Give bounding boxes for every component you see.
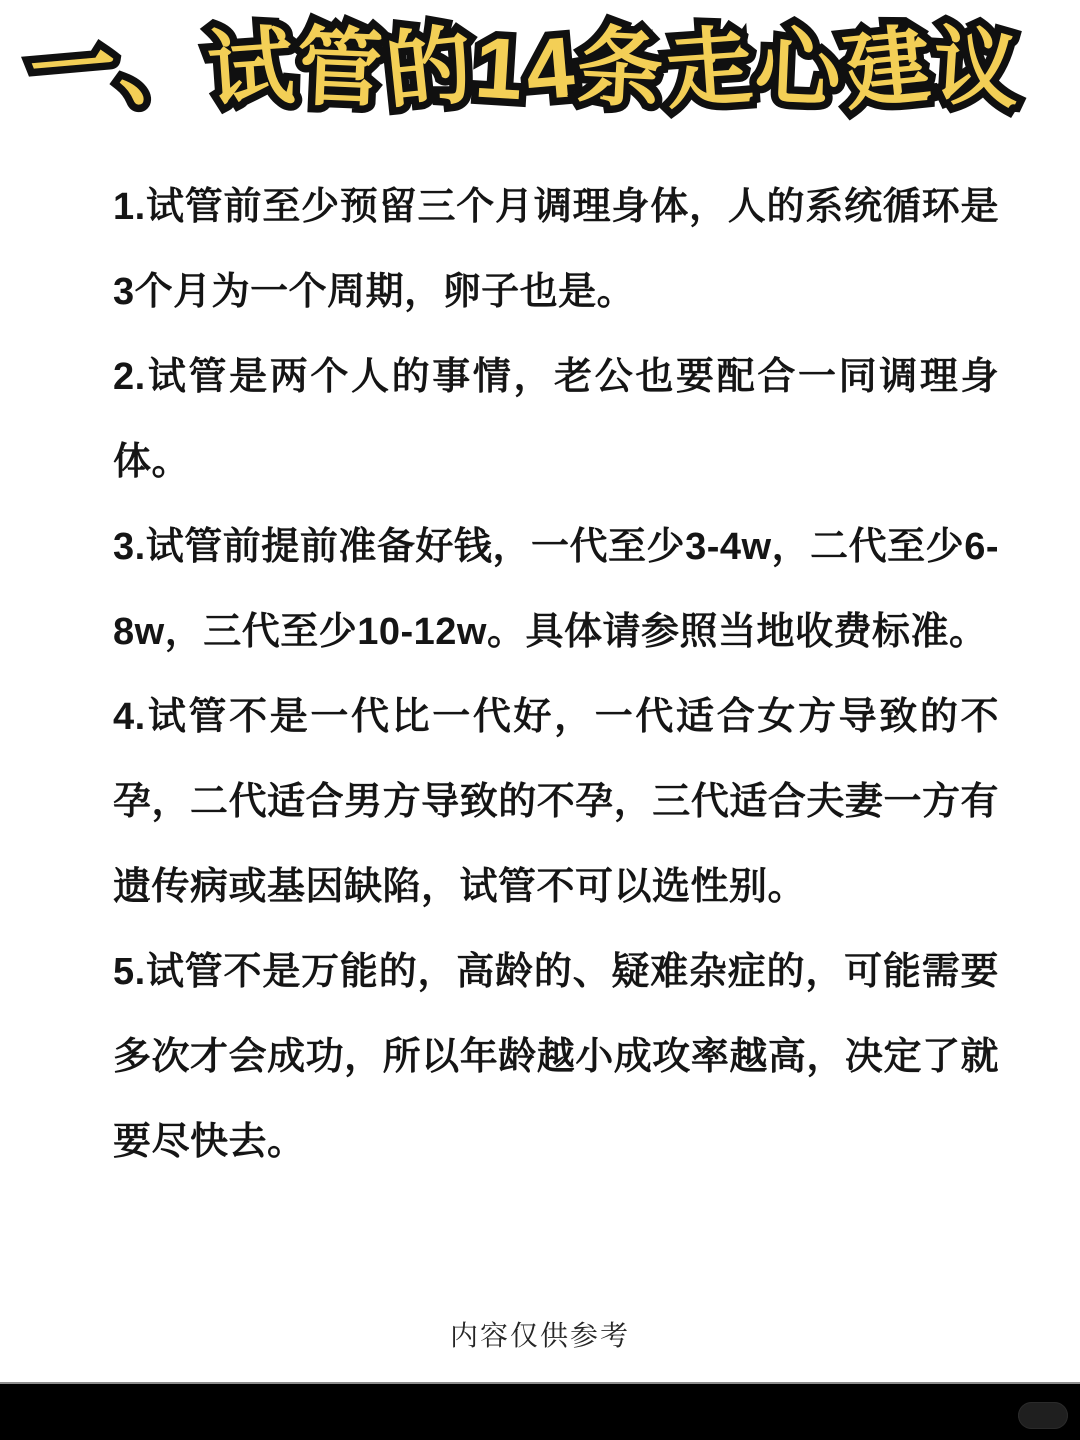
advice-item-5: 5.试管不是万能的，高龄的、疑难杂症的，可能需要多次才会成功，所以年龄越小成攻率…: [113, 930, 999, 1185]
advice-item-1: 1.试管前至少预留三个月调理身体，人的系统循环是3个月为一个周期，卵子也是。: [113, 165, 999, 335]
watermark-badge: [1018, 1402, 1068, 1429]
advice-item-4: 4.试管不是一代比一代好，一代适合女方导致的不孕，二代适合男方导致的不孕，三代适…: [113, 675, 999, 930]
advice-item-3: 3.试管前提前准备好钱，一代至少3-4w，二代至少6-8w，三代至少10-12w…: [113, 505, 999, 675]
advice-item-2: 2.试管是两个人的事情，老公也要配合一同调理身体。: [113, 335, 999, 505]
advice-list: 1.试管前至少预留三个月调理身体，人的系统循环是3个月为一个周期，卵子也是。 2…: [113, 165, 999, 1185]
bottom-bar: [0, 1382, 1080, 1440]
disclaimer-text: 内容仅供参考: [0, 1314, 1080, 1354]
page: 一、试管的14条走心建议 1.试管前至少预留三个月调理身体，人的系统循环是3个月…: [0, 0, 1080, 1440]
page-title: 一、试管的14条走心建议: [30, 14, 1022, 124]
